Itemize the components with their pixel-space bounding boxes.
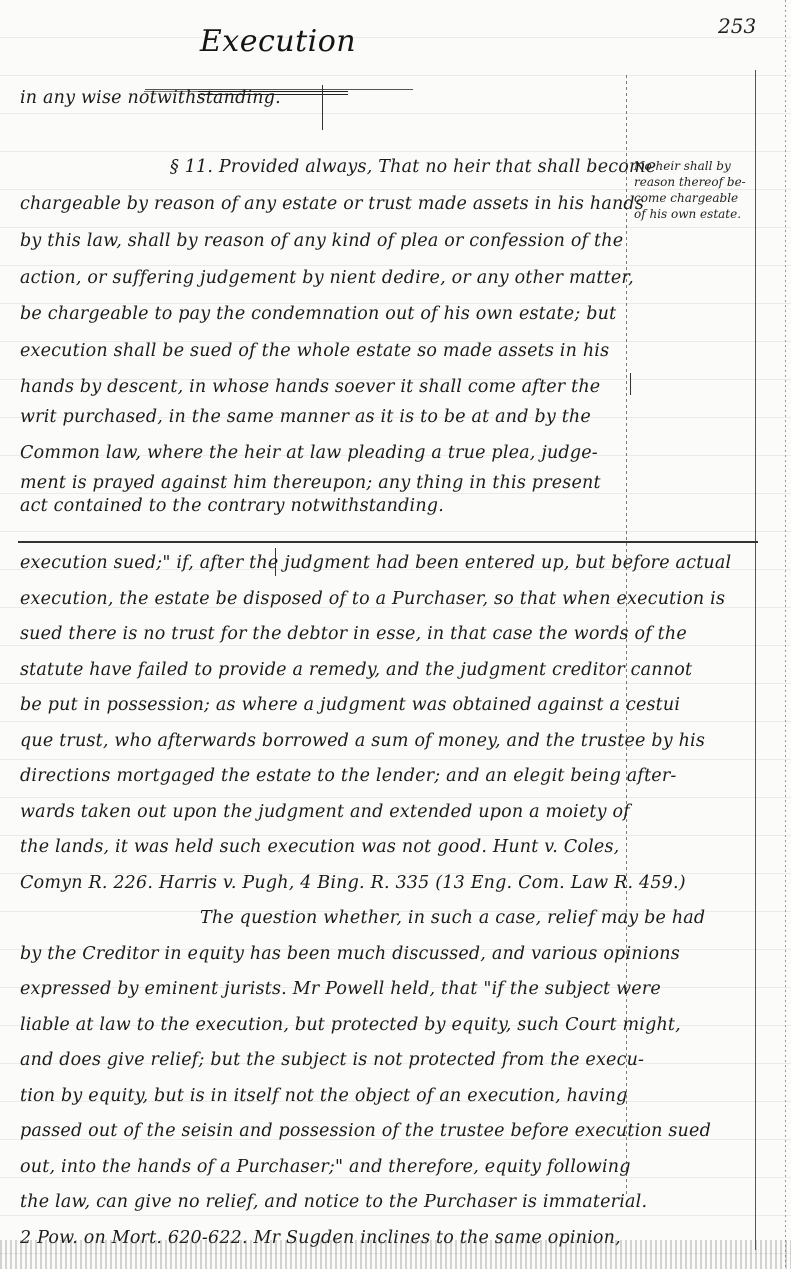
text-line: and does give relief; but the subject is… (20, 1050, 755, 1070)
outer-margin-line (755, 70, 756, 1250)
text-line: act contained to the contrary notwithsta… (20, 496, 620, 516)
text-line: action, or suffering judgement by nient … (20, 268, 620, 288)
text-line: statute have failed to provide a remedy,… (20, 660, 755, 680)
text-line: in any wise notwithstanding. (20, 88, 620, 108)
text-line: by this law, shall by reason of any kind… (20, 231, 620, 251)
margin-tick-mark (630, 373, 631, 395)
page-number: 253 (718, 14, 756, 38)
page-edge-line (785, 0, 786, 1269)
text-line: The question whether, in such a case, re… (20, 908, 791, 928)
text-line: liable at law to the execution, but prot… (20, 1015, 755, 1035)
text-line: Comyn R. 226. Harris v. Pugh, 4 Bing. R.… (20, 873, 755, 893)
text-line: by the Creditor in equity has been much … (20, 944, 755, 964)
text-line: ment is prayed against him thereupon; an… (20, 473, 620, 493)
text-line: passed out of the seisin and possession … (20, 1121, 755, 1141)
marginal-note-line: reason thereof be- (634, 174, 754, 190)
scan-noise (0, 1240, 791, 1269)
text-line: sued there is no trust for the debtor in… (20, 624, 755, 644)
page-title: Execution (200, 24, 356, 59)
text-line: wards taken out upon the judgment and ex… (20, 802, 755, 822)
text-line: be put in possession; as where a judgmen… (20, 695, 755, 715)
marginal-note: No heir shall by reason thereof be- come… (634, 158, 754, 222)
text-line: execution, the estate be disposed of to … (20, 589, 755, 609)
text-line: tion by equity, but is in itself not the… (20, 1086, 755, 1106)
text-line: out, into the hands of a Purchaser;" and… (20, 1157, 755, 1177)
page-title-block: Execution (148, 24, 408, 59)
text-line: execution shall be sued of the whole est… (20, 341, 620, 361)
text-line: expressed by eminent jurists. Mr Powell … (20, 979, 755, 999)
text-line: execution sued;" if, after the judgment … (20, 553, 755, 573)
text-line: directions mortgaged the estate to the l… (20, 766, 755, 786)
text-line: the lands, it was held such execution wa… (20, 837, 755, 857)
text-line: be chargeable to pay the condemnation ou… (20, 304, 620, 324)
marginal-note-line: come chargeable (634, 190, 754, 206)
marginal-note-line: of his own estate. (634, 206, 754, 222)
text-line: the law, can give no relief, and notice … (20, 1192, 755, 1212)
manuscript-page: 253 Execution in any wise notwithstandin… (0, 0, 791, 1269)
text-line: que trust, who afterwards borrowed a sum… (20, 731, 755, 751)
section-divider-rule (18, 541, 758, 543)
text-line: chargeable by reason of any estate or tr… (20, 194, 620, 214)
text-line: writ purchased, in the same manner as it… (20, 407, 620, 427)
marginal-note-line: No heir shall by (634, 158, 754, 174)
text-line: hands by descent, in whose hands soever … (20, 377, 620, 397)
text-line: Common law, where the heir at law pleadi… (20, 443, 620, 463)
